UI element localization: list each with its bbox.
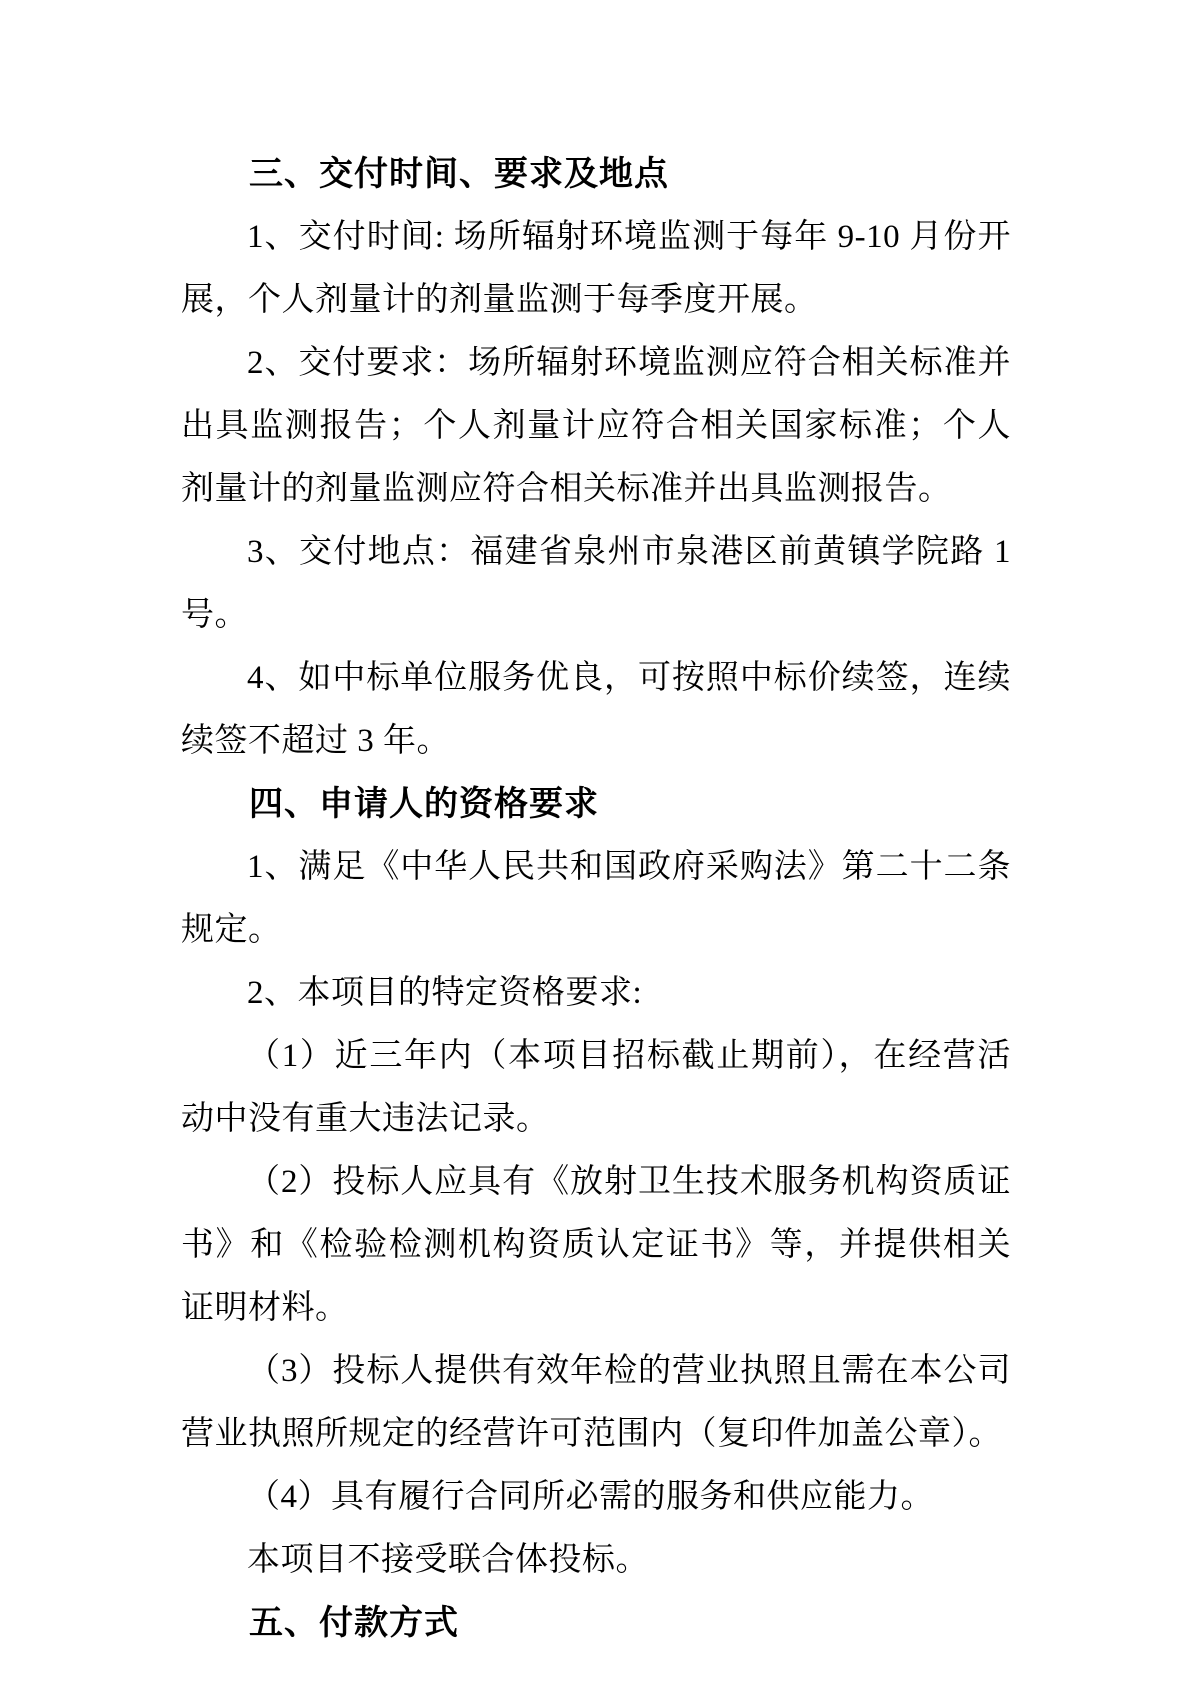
document-body: 三、交付时间、要求及地点 1、交付时间: 场所辐射环境监测于每年 9-10 月份… — [181, 143, 1011, 1655]
paragraph-delivery-requirements: 2、交付要求：场所辐射环境监测应符合相关标准并出具监测报告；个人剂量计应符合相关… — [181, 332, 1011, 521]
paragraph-specific-requirements: 2、本项目的特定资格要求: — [181, 962, 1011, 1025]
paragraph-requirement-2: （2）投标人应具有《放射卫生技术服务机构资质证书》和《检验检测机构资质认定证书》… — [181, 1151, 1011, 1340]
paragraph-delivery-location: 3、交付地点：福建省泉州市泉港区前黄镇学院路 1 号。 — [181, 521, 1011, 647]
paragraph-requirement-1: （1）近三年内（本项目招标截止期前），在经营活动中没有重大违法记录。 — [181, 1025, 1011, 1151]
section-heading-payment: 五、付款方式 — [181, 1592, 1011, 1655]
section-heading-delivery: 三、交付时间、要求及地点 — [181, 143, 1011, 206]
document-page: 三、交付时间、要求及地点 1、交付时间: 场所辐射环境监测于每年 9-10 月份… — [0, 0, 1191, 1684]
paragraph-requirement-3: （3）投标人提供有效年检的营业执照且需在本公司营业执照所规定的经营许可范围内（复… — [181, 1340, 1011, 1466]
paragraph-requirement-4: （4）具有履行合同所必需的服务和供应能力。 — [181, 1466, 1011, 1529]
paragraph-procurement-law: 1、满足《中华人民共和国政府采购法》第二十二条规定。 — [181, 836, 1011, 962]
section-heading-qualification: 四、申请人的资格要求 — [181, 773, 1011, 836]
paragraph-delivery-time: 1、交付时间: 场所辐射环境监测于每年 9-10 月份开展，个人剂量计的剂量监测… — [181, 206, 1011, 332]
paragraph-no-consortium: 本项目不接受联合体投标。 — [181, 1529, 1011, 1592]
paragraph-contract-renewal: 4、如中标单位服务优良，可按照中标价续签，连续续签不超过 3 年。 — [181, 647, 1011, 773]
